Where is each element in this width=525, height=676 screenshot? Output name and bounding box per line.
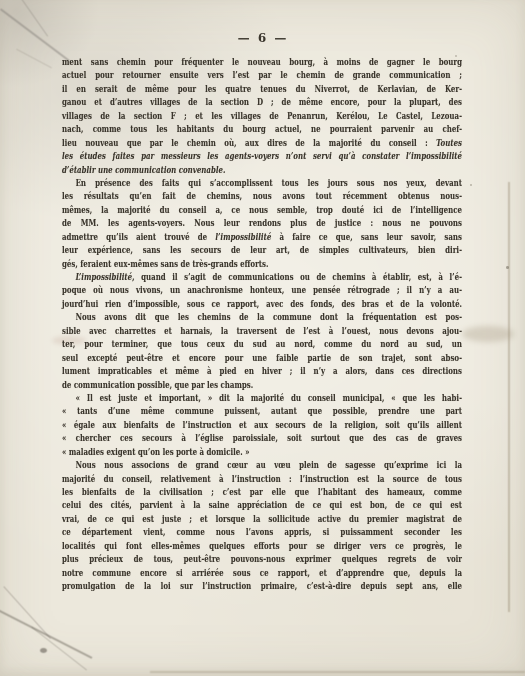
- text-segment: celui des cités, parvient à la saine app…: [62, 500, 462, 511]
- crease-mark: [31, 627, 87, 671]
- text-line: Nous avons dit que les chemins de la com…: [62, 311, 462, 324]
- crease-mark: [16, 49, 52, 69]
- text-line: les résultats qu’en fait de chemins, nou…: [62, 190, 462, 203]
- text-segment: majorité du conseil, relativement à l’in…: [62, 474, 462, 485]
- text-segment: vrai, de ce qui est juste ; et lorsque l…: [62, 514, 462, 525]
- text-line: « égale aux bienfaits de l’instruction e…: [62, 419, 462, 432]
- text-line: nach, comme tous les habitants du bourg …: [62, 123, 462, 136]
- text-segment: ce département vient, comme nous l’avons…: [62, 527, 462, 538]
- italic-text-segment: L’impossibilité: [76, 272, 133, 283]
- text-line: ce département vient, comme nous l’avons…: [62, 526, 462, 539]
- text-line: leur expérience, sans les secours de leu…: [62, 244, 462, 257]
- text-line: « Il est juste et important, » dit la ma…: [62, 392, 462, 405]
- ink-spot: [40, 648, 47, 653]
- text-line: sible avec charrettes et harnais, la tra…: [62, 325, 462, 338]
- text-line: En présence des faits qui s’accomplissen…: [62, 177, 462, 190]
- text-segment: Nous avons dit que les chemins de la com…: [76, 312, 462, 323]
- text-segment: plus précieux de tous, peut-être pouvons…: [62, 554, 462, 565]
- text-segment: « égale aux bienfaits de l’instruction e…: [62, 420, 462, 431]
- text-segment: de MM. les agents-voyers. Nous leur rend…: [62, 218, 462, 229]
- text-segment: sible avec charrettes et harnais, la tra…: [62, 326, 462, 337]
- page-number: — 6 —: [63, 31, 463, 45]
- text-line: d’établir une communication convenable.: [62, 164, 462, 177]
- text-segment: gés, feraient eux-mêmes sans de très-gra…: [62, 259, 268, 270]
- text-segment: ganou et d’autres villages de la section…: [62, 97, 462, 108]
- text-segment: lument impraticables et même à pied en h…: [62, 366, 462, 377]
- page-edge-shadow: [508, 182, 510, 612]
- text-line: poque où nous vivons, un anachronisme ho…: [62, 284, 462, 297]
- text-segment: localités qui font elles-mêmes quelques …: [62, 541, 462, 552]
- italic-text-segment: l’impossibilité: [215, 232, 271, 243]
- text-segment: « Il est juste et important, » dit la ma…: [76, 393, 462, 404]
- text-segment: promulgation de la loi sur l’instruction…: [62, 581, 462, 592]
- text-line: L’impossibilité, quand il s’agit de comm…: [62, 271, 462, 284]
- text-segment: à faire ce que, sans leur savoir, sans: [271, 232, 462, 243]
- paper-speck: [506, 266, 509, 269]
- italic-text-segment: les études faites par messieurs les agen…: [62, 151, 462, 162]
- text-line: il en serait de même pour les quatre ten…: [62, 83, 462, 96]
- text-segment: notre commune encore si arriérée sous ce…: [62, 568, 462, 579]
- text-line: seul excepté peut-être et encore pour un…: [62, 352, 462, 365]
- text-line: ment sans chemin pour fréquenter le nouv…: [62, 56, 462, 69]
- text-line: localités qui font elles-mêmes quelques …: [62, 540, 462, 553]
- text-line: « chercher ces secours à l’église parois…: [62, 432, 462, 445]
- text-line: ganou et d’autres villages de la section…: [62, 96, 462, 109]
- text-line: de communication possible, que par les c…: [62, 379, 462, 392]
- crease-mark: [0, 8, 70, 61]
- text-line: lument impraticables et même à pied en h…: [62, 365, 462, 378]
- text-segment: ment sans chemin pour fréquenter le nouv…: [62, 57, 462, 68]
- text-line: celui des cités, parvient à la saine app…: [62, 499, 462, 512]
- text-line: les études faites par messieurs les agen…: [62, 150, 462, 163]
- text-segment: les résultats qu’en fait de chemins, nou…: [62, 191, 462, 202]
- text-segment: « tants d’une même commune puissent, aut…: [62, 406, 462, 417]
- scanned-page: — 6 — ment sans chemin pour fréquenter l…: [0, 0, 525, 676]
- text-segment: « chercher ces secours à l’église parois…: [62, 433, 462, 444]
- crease-mark: [14, 0, 48, 37]
- text-segment: « maladies exigent qu’on les porte à dom…: [62, 447, 250, 458]
- text-line: Nous nous associons de grand cœur au vœu…: [62, 459, 462, 472]
- italic-text-segment: Toutes: [436, 138, 462, 149]
- text-segment: poque où nous vivons, un anachronisme ho…: [62, 285, 462, 296]
- text-segment: il en serait de même pour les quatre ten…: [62, 84, 462, 95]
- text-segment: admettre qu’ils aient trouvé de: [62, 232, 215, 243]
- text-segment: ter, pour terminer, que tous ceux du sud…: [62, 339, 462, 350]
- text-line: majorité du conseil, relativement à l’in…: [62, 473, 462, 486]
- text-segment: lieu nouveau que par le chemin où, aux d…: [62, 138, 436, 149]
- text-line: de MM. les agents-voyers. Nous leur rend…: [62, 217, 462, 230]
- text-segment: les bienfaits de la civilisation ; c’est…: [62, 487, 462, 498]
- italic-text-segment: d’établir une communication convenable.: [62, 165, 225, 176]
- text-block: ment sans chemin pour fréquenter le nouv…: [62, 56, 462, 594]
- text-line: lieu nouveau que par le chemin où, aux d…: [62, 137, 462, 150]
- text-segment: En présence des faits qui s’accomplissen…: [76, 178, 462, 189]
- text-segment: mêmes, la majorité du conseil a, ce nous…: [62, 205, 462, 216]
- text-segment: de communication possible, que par les c…: [62, 380, 253, 391]
- crease-mark: [0, 607, 92, 659]
- text-line: notre commune encore si arriérée sous ce…: [62, 567, 462, 580]
- text-line: admettre qu’ils aient trouvé de l’imposs…: [62, 231, 462, 244]
- text-line: vrai, de ce qui est juste ; et lorsque l…: [62, 513, 462, 526]
- text-segment: jourd’hui rien d’impossible, sous ce rap…: [62, 299, 462, 310]
- text-line: villages de la section F ; et les villag…: [62, 110, 462, 123]
- page-edge-shadow: [150, 671, 525, 673]
- text-line: mêmes, la majorité du conseil a, ce nous…: [62, 204, 462, 217]
- text-segment: actuel pour retourner ensuite vers l’est…: [62, 70, 462, 81]
- text-line: ter, pour terminer, que tous ceux du sud…: [62, 338, 462, 351]
- text-segment: leur expérience, sans les secours de leu…: [62, 245, 462, 256]
- crease-mark: [3, 586, 51, 639]
- text-line: « tants d’une même commune puissent, aut…: [62, 405, 462, 418]
- text-line: « maladies exigent qu’on les porte à dom…: [62, 446, 462, 459]
- text-line: jourd’hui rien d’impossible, sous ce rap…: [62, 298, 462, 311]
- text-line: plus précieux de tous, peut-être pouvons…: [62, 553, 462, 566]
- paper-smudge: [462, 326, 514, 342]
- text-line: les bienfaits de la civilisation ; c’est…: [62, 486, 462, 499]
- text-segment: , quand il s’agit de communications ou d…: [132, 272, 462, 283]
- text-segment: Nous nous associons de grand cœur au vœu…: [76, 460, 462, 471]
- paper-speck: [470, 184, 472, 186]
- text-segment: nach, comme tous les habitants du bourg …: [62, 124, 462, 135]
- text-segment: seul excepté peut-être et encore pour un…: [62, 353, 462, 364]
- text-line: promulgation de la loi sur l’instruction…: [62, 580, 462, 593]
- text-line: actuel pour retourner ensuite vers l’est…: [62, 69, 462, 82]
- text-line: gés, feraient eux-mêmes sans de très-gra…: [62, 258, 462, 271]
- text-segment: villages de la section F ; et les villag…: [62, 111, 462, 122]
